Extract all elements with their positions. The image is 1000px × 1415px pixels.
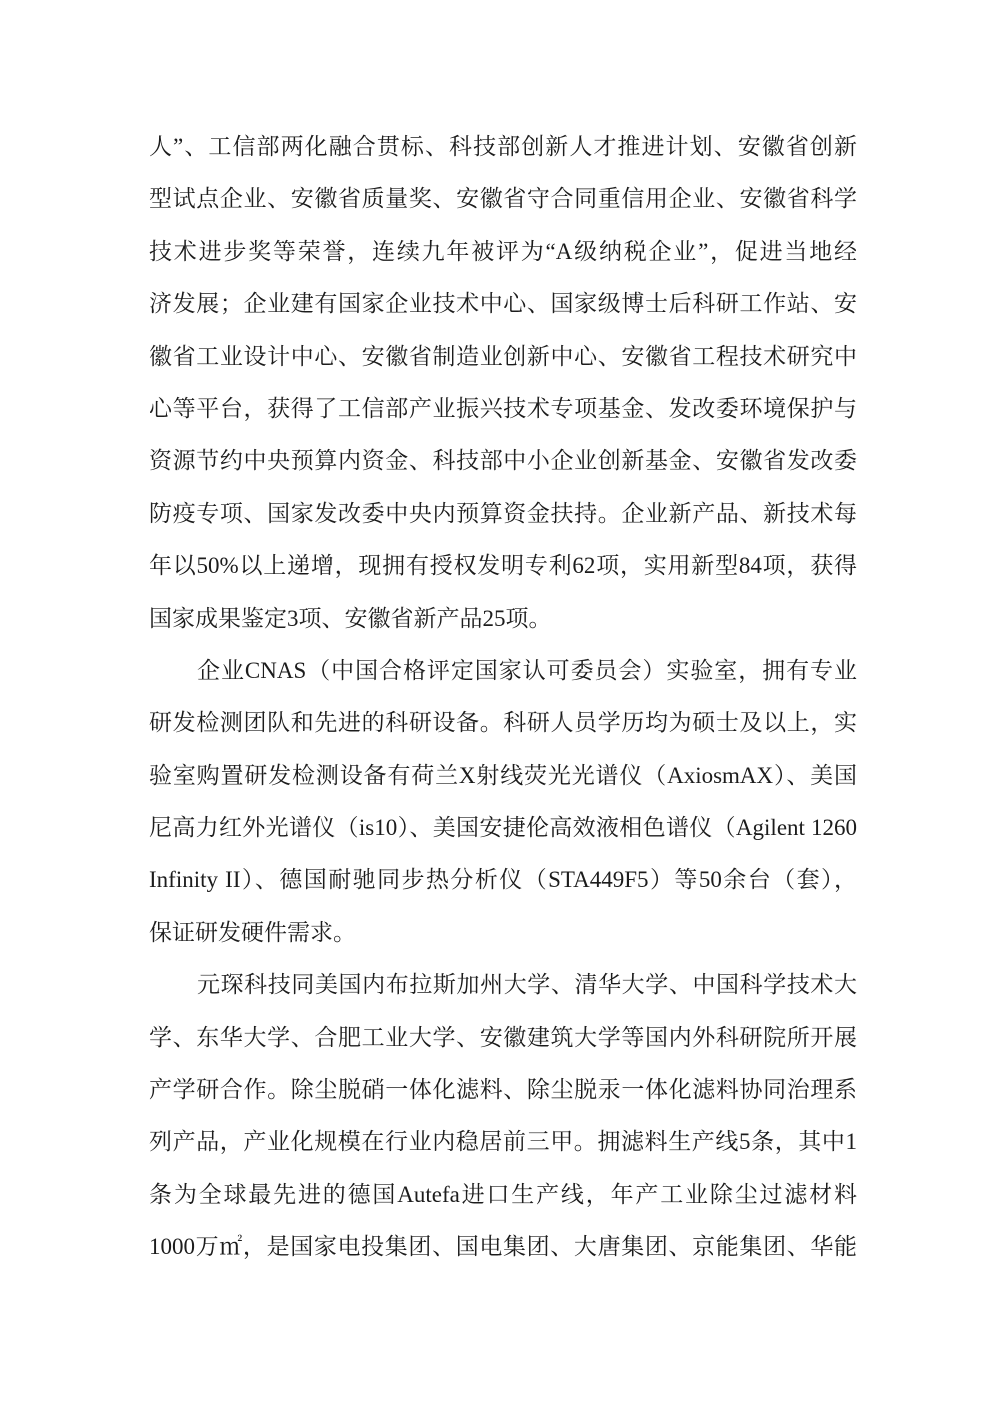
text-line: 徽省工业设计中心、安徽省制造业创新中心、安徽省工程技术研究中 — [149, 331, 857, 383]
text-line: 防疫专项、国家发改委中央内预算资金扶持。企业新产品、新技术每 — [149, 488, 857, 540]
text-line: 学、东华大学、合肥工业大学、安徽建筑大学等国内外科研院所开展 — [149, 1012, 857, 1064]
text-line: 产学研合作。除尘脱硝一体化滤料、除尘脱汞一体化滤料协同治理系 — [149, 1064, 857, 1116]
text-line: 1000万㎡，是国家电投集团、国电集团、大唐集团、京能集团、华能 — [149, 1221, 857, 1273]
text-line: 年以50%以上递增，现拥有授权发明专利62项，实用新型84项，获得 — [149, 540, 857, 592]
text-line: 技术进步奖等荣誉，连续九年被评为“A级纳税企业”，促进当地经 — [149, 226, 857, 278]
text-line: 尼高力红外光谱仪（is10）、美国安捷伦高效液相色谱仪（Agilent 1260 — [149, 802, 857, 854]
text-line: 心等平台，获得了工信部产业振兴技术专项基金、发改委环境保护与 — [149, 383, 857, 435]
text-line: 企业CNAS（中国合格评定国家认可委员会）实验室，拥有专业 — [149, 645, 857, 697]
text-line: 保证研发硬件需求。 — [149, 907, 857, 959]
text-line: 元琛科技同美国内布拉斯加州大学、清华大学、中国科学技术大 — [149, 959, 857, 1011]
text-line: 国家成果鉴定3项、安徽省新产品25项。 — [149, 593, 857, 645]
document-page: 人”、工信部两化融合贯标、科技部创新人才推进计划、安徽省创新 型试点企业、安徽省… — [0, 0, 1000, 1415]
text-line: 济发展；企业建有国家企业技术中心、国家级博士后科研工作站、安 — [149, 278, 857, 330]
paragraph: 元琛科技同美国内布拉斯加州大学、清华大学、中国科学技术大 学、东华大学、合肥工业… — [149, 959, 857, 1273]
paragraph: 企业CNAS（中国合格评定国家认可委员会）实验室，拥有专业 研发检测团队和先进的… — [149, 645, 857, 959]
text-line: 条为全球最先进的德国Autefa进口生产线，年产工业除尘过滤材料 — [149, 1169, 857, 1221]
paragraph: 人”、工信部两化融合贯标、科技部创新人才推进计划、安徽省创新 型试点企业、安徽省… — [149, 121, 857, 645]
text-line: Infinity II）、德国耐驰同步热分析仪（STA449F5）等50余台（套… — [149, 854, 857, 906]
document-text-block: 人”、工信部两化融合贯标、科技部创新人才推进计划、安徽省创新 型试点企业、安徽省… — [149, 121, 857, 1274]
text-line: 人”、工信部两化融合贯标、科技部创新人才推进计划、安徽省创新 — [149, 121, 857, 173]
text-line: 型试点企业、安徽省质量奖、安徽省守合同重信用企业、安徽省科学 — [149, 173, 857, 225]
text-line: 验室购置研发检测设备有荷兰X射线荧光光谱仪（AxiosmAX）、美国 — [149, 750, 857, 802]
text-line: 资源节约中央预算内资金、科技部中小企业创新基金、安徽省发改委 — [149, 435, 857, 487]
text-line: 研发检测团队和先进的科研设备。科研人员学历均为硕士及以上，实 — [149, 697, 857, 749]
text-line: 列产品，产业化规模在行业内稳居前三甲。拥滤料生产线5条，其中1 — [149, 1116, 857, 1168]
